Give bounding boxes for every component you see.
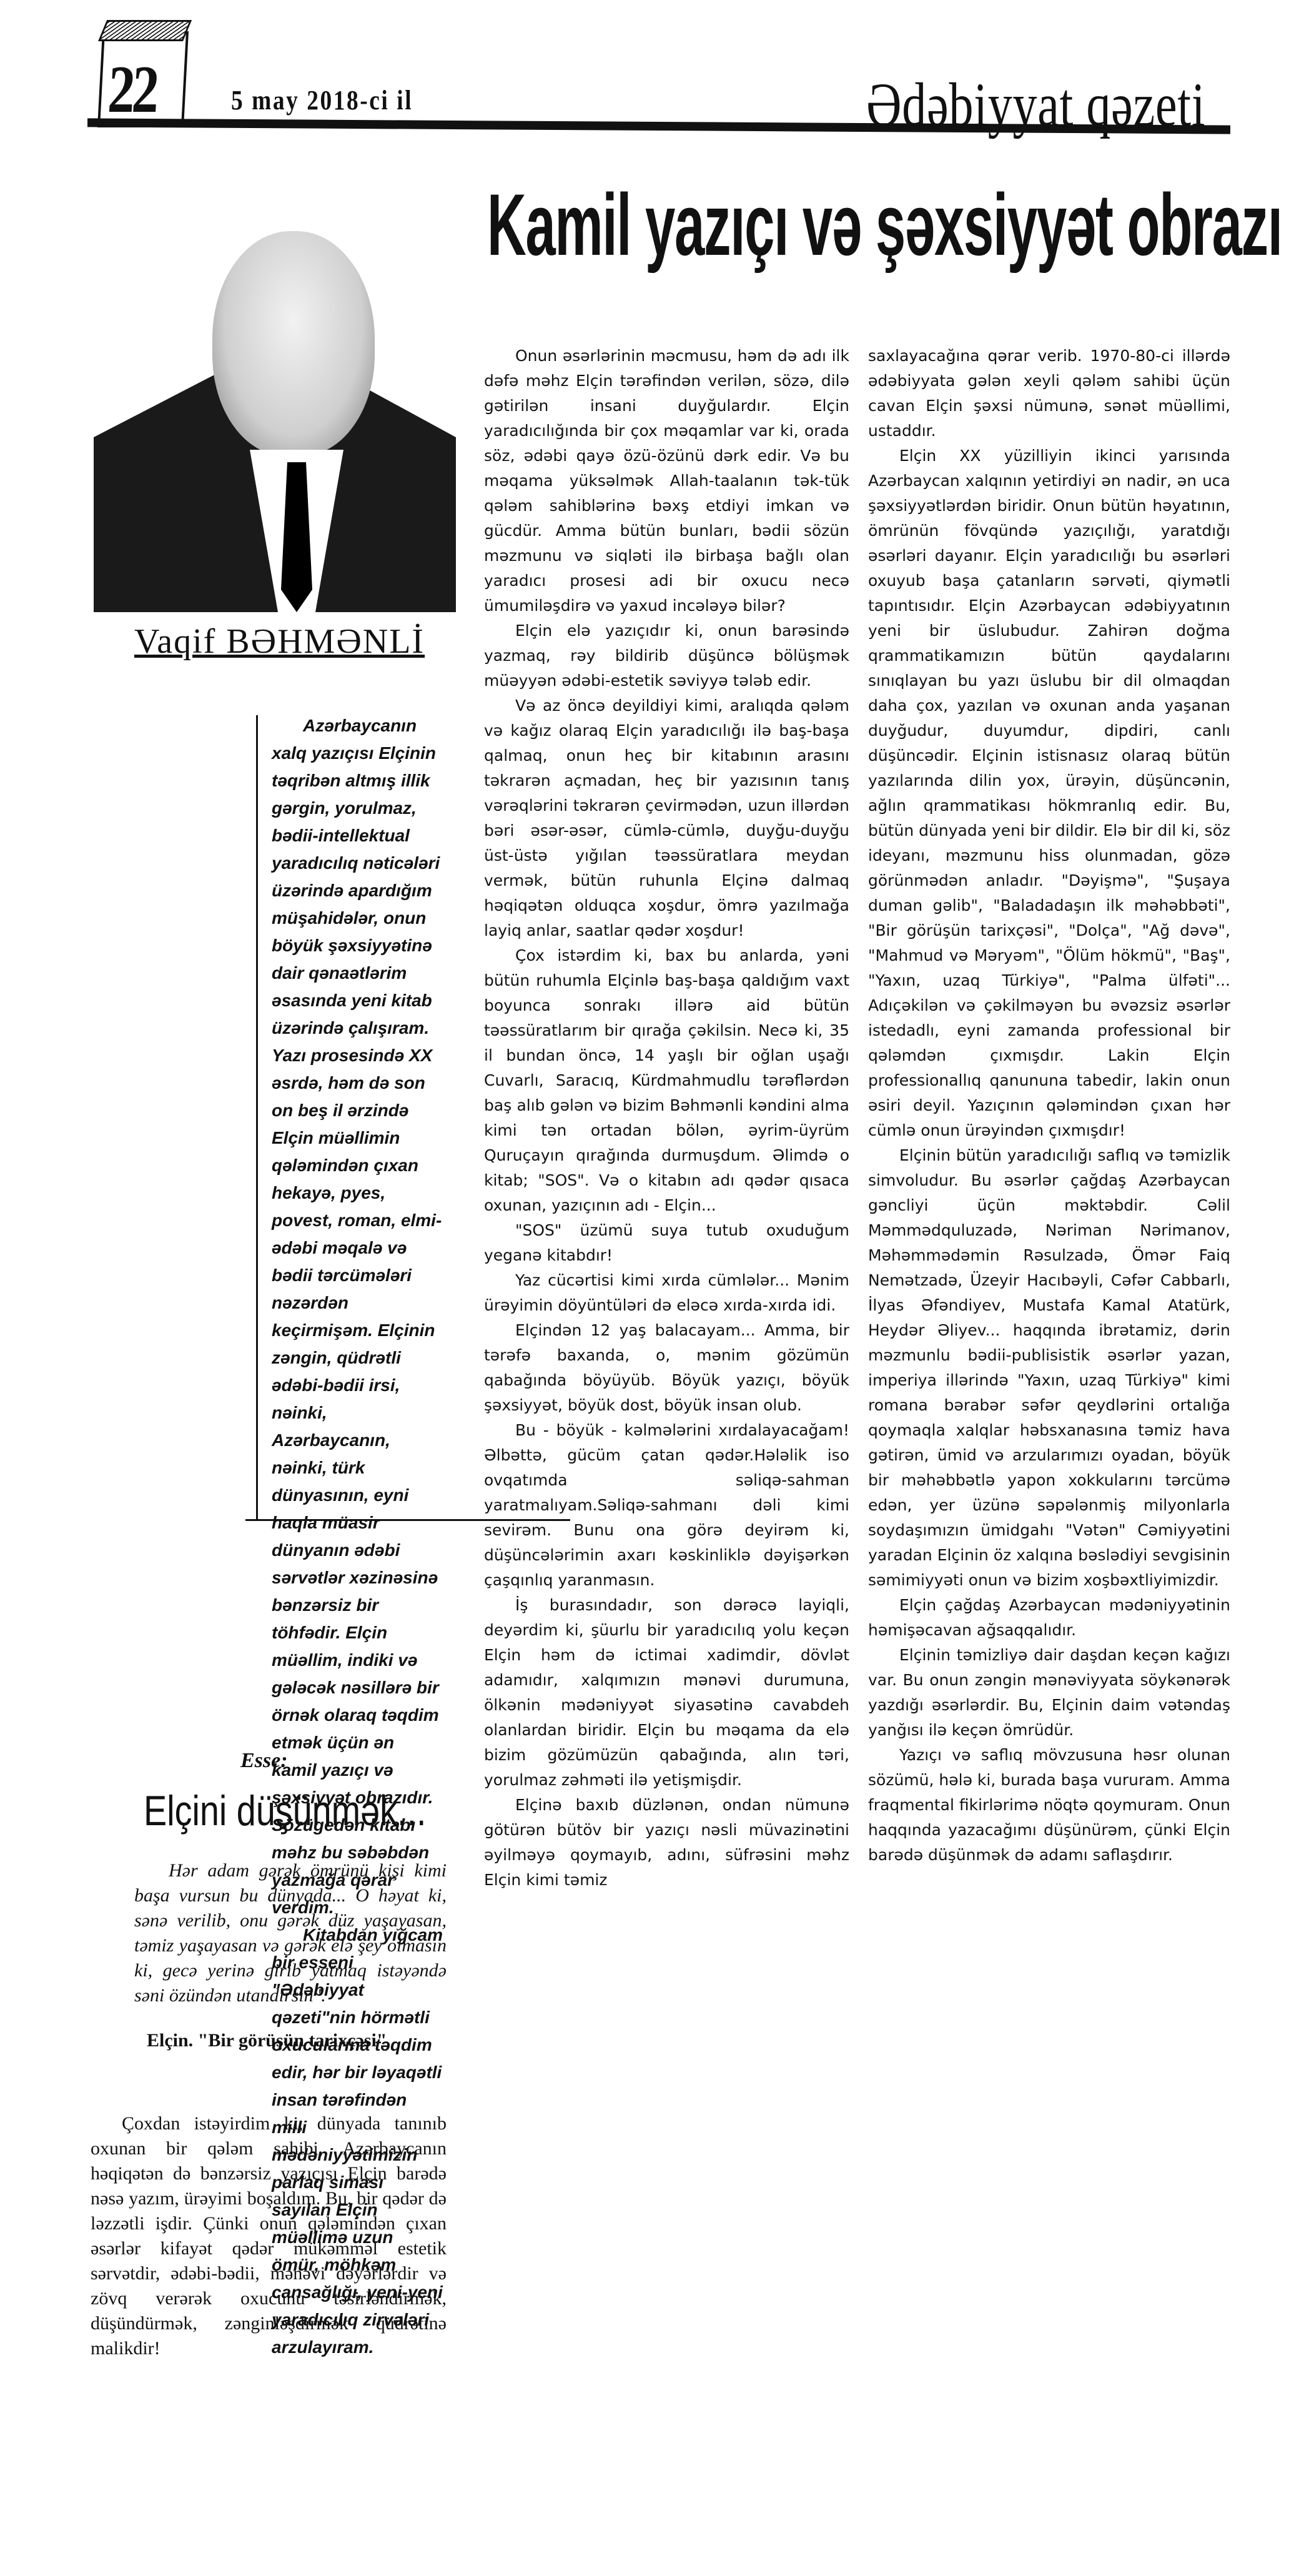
body-paragraph: Elçindən 12 yaş balacayam... Amma, bir t… (484, 1318, 849, 1418)
page-header: 22 5 may 2018-ci il Ədəbiyyat qəzeti (87, 25, 1230, 125)
body-paragraph: Onun əsərlərinin məcmusu, həm də adı ilk… (484, 344, 849, 618)
body-column-left: Çoxdan istəyirdim ki, dünyada tanınıb ox… (91, 2111, 447, 2361)
intro-paragraph: Azərbaycanın xalq yazıçısı Elçinin təqri… (272, 712, 443, 1921)
author-byline: Vaqif BƏHMƏNLİ (134, 622, 425, 661)
author-portrait-photo (94, 187, 456, 612)
body-paragraph: Çoxdan istəyirdim ki, dünyada tanınıb ox… (91, 2111, 447, 2361)
body-paragraph: Elçin XX yüzilliyin ikinci yarısında Azə… (868, 443, 1230, 1143)
body-paragraph: "SOS" üzümü suya tutub oxuduğum yeganə k… (484, 1218, 849, 1268)
body-paragraph: Və az öncə deyildiyi kimi, aralıqda qələ… (484, 693, 849, 943)
epigraph-source: Elçin. "Bir görüşün tarixçəsi" (147, 2030, 387, 2051)
esse-title: Elçini düşünmək... (144, 1786, 426, 1835)
body-paragraph: Elçin çağdaş Azərbaycan mədəniyyətinin h… (868, 1593, 1230, 1643)
body-paragraph: saxlayacağına qərar verib. 1970-80-ci il… (868, 344, 1230, 443)
body-paragraph: Yaz cücərtisi kimi xırda cümlələr... Mən… (484, 1268, 849, 1318)
issue-date: 5 may 2018-ci il (231, 84, 413, 116)
portrait-head (212, 231, 375, 456)
body-paragraph: Elçinin bütün yaradıcılığı saflıq və təm… (868, 1143, 1230, 1593)
esse-label: Esse: (240, 1749, 288, 1773)
page-number: 22 (106, 56, 157, 124)
body-column-middle: Onun əsərlərinin məcmusu, həm də adı ilk… (484, 344, 849, 1893)
epigraph: Hər adam gərək ömrünü kişi kimi başa vur… (134, 1858, 447, 2008)
article-title: Kamil yazıçı və şəxsiyyət obrazı (487, 181, 952, 269)
body-paragraph: Bu - böyük - kəlmələrini xırdalayacağam!… (484, 1418, 849, 1593)
body-paragraph: Elçinin təmizliyə dair daşdan keçən kağı… (868, 1643, 1230, 1743)
body-paragraph: Çox istərdim ki, bax bu anlarda, yəni bü… (484, 943, 849, 1218)
body-paragraph: Yazıçı və saflıq mövzusuna həsr olunan s… (868, 1743, 1230, 1868)
page-number-badge: 22 (97, 31, 189, 127)
body-paragraph: İş burasındadır, son dərəcə layiqli, dey… (484, 1593, 849, 1793)
epigraph-text: Hər adam gərək ömrünü kişi kimi başa vur… (134, 1858, 447, 2008)
body-paragraph: Elçinə baxıb düzlənən, ondan nümunə götü… (484, 1793, 849, 1893)
body-column-right: saxlayacağına qərar verib. 1970-80-ci il… (868, 344, 1230, 1868)
body-paragraph: Elçin elə yazıçıdır ki, onun barəsində y… (484, 618, 849, 693)
